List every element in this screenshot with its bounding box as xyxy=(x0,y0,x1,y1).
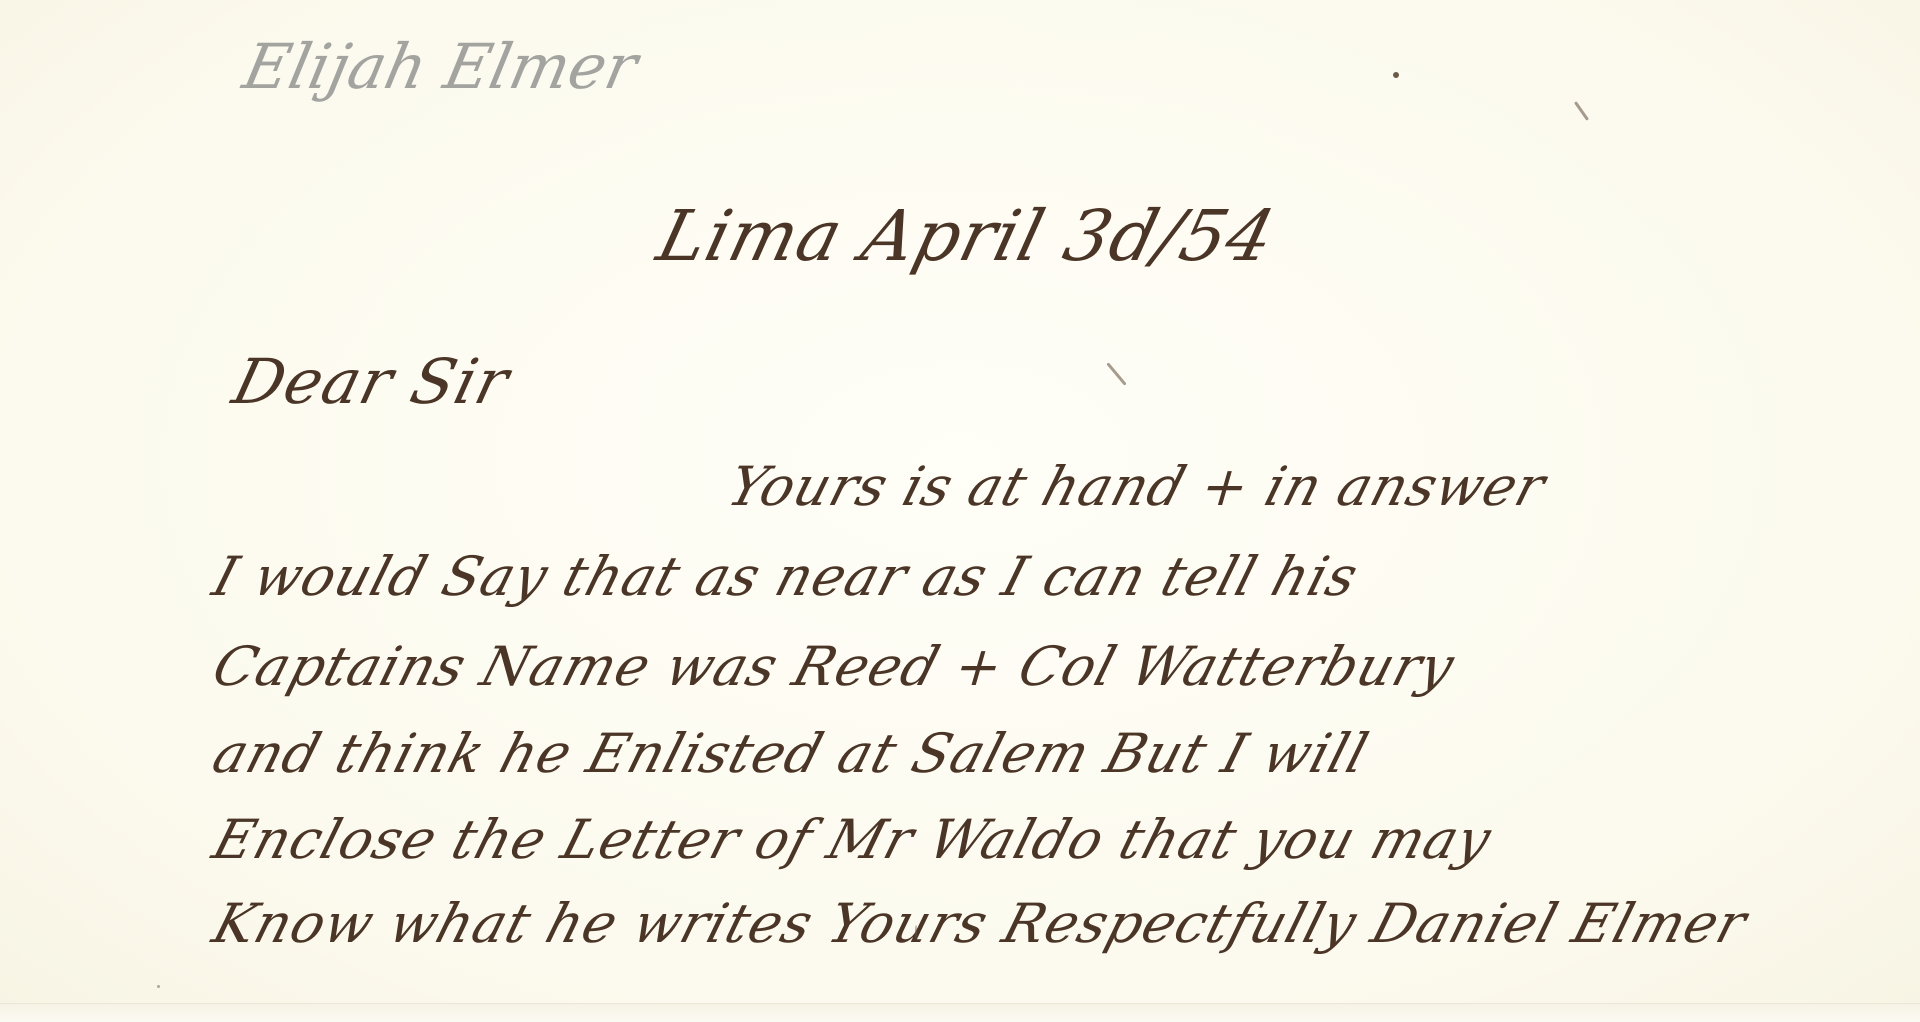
paper-bottom-edge xyxy=(0,1003,1920,1022)
ink-speck xyxy=(1106,362,1126,385)
letter-body-line: Captains Name was Reed + Col Watterbury xyxy=(206,635,1462,698)
letter-dateline: Lima April 3d/54 xyxy=(650,195,1284,277)
letter-body-line: I would Say that as near as I can tell h… xyxy=(206,545,1366,608)
ink-speck xyxy=(157,985,160,988)
ink-speck xyxy=(915,925,917,939)
letter-body-line: Yours is at hand + in answer xyxy=(721,455,1553,518)
pencil-docket-note: Elijah Elmer xyxy=(237,30,643,103)
letter-body-line: Enclose the Letter of Mr Waldo that you … xyxy=(206,808,1499,871)
letter-salutation: Dear Sir xyxy=(226,345,517,418)
letter-paper: Elijah Elmer Lima April 3d/54 Dear Sir Y… xyxy=(0,0,1920,1022)
letter-closing-line: Know what he writes Yours Respectfully D… xyxy=(206,892,1754,955)
ink-speck xyxy=(1393,72,1399,78)
letter-body-line: and think he Enlisted at Salem But I wil… xyxy=(206,722,1376,785)
ink-speck xyxy=(1574,101,1589,121)
